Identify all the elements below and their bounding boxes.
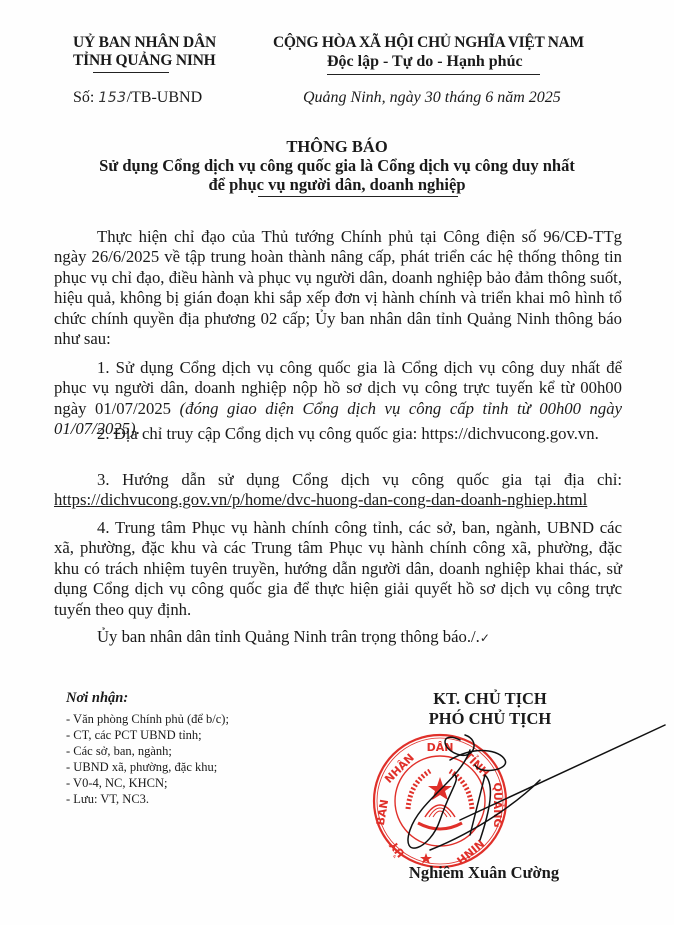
national-title: CỘNG HÒA XÃ HỘI CHỦ NGHĨA VIỆT NAM [273,34,584,52]
recipient-item: - UBND xã, phường, đặc khu; [66,760,217,775]
date-day: 30 [425,89,441,106]
title-underline [258,196,458,197]
document-type-title: THÔNG BÁO [0,137,674,157]
date-year-label: năm [493,89,529,106]
intro-paragraph: Thực hiện chỉ đạo của Thủ tướng Chính ph… [54,227,622,349]
item-3-paragraph: 3. Hướng dẫn sử dụng Cổng dịch vụ công q… [54,470,622,511]
recipient-item: - CT, các PCT UBND tỉnh; [66,728,202,743]
svg-text:BAN: BAN [374,798,391,826]
doc-number-suffix: /TB-UBND [127,89,203,106]
recipient-item: - Các sở, ban, ngành; [66,744,172,759]
closing-text: Ủy ban nhân dân tỉnh Quảng Ninh trân trọ… [97,627,480,646]
motto-underline [327,74,540,75]
handwritten-signature-icon [400,720,674,870]
item-4-paragraph: 4. Trung tâm Phục vụ hành chính công tỉn… [54,518,622,620]
signing-authority-line1: KT. CHỦ TỊCH [0,689,674,709]
date-month-label: tháng [441,89,485,106]
date-year: 2025 [529,89,561,106]
document-number: Số: 153/TB-UBND [73,89,202,107]
guide-link[interactable]: https://dichvucong.gov.vn/p/home/dvc-huo… [54,490,622,510]
item-3-text: 3. Hướng dẫn sử dụng Cổng dịch vụ công q… [54,470,622,490]
doc-number-prefix: Số: [73,89,94,106]
document-subject-line1: Sử dụng Cổng dịch vụ công quốc gia là Cổ… [0,156,674,176]
doc-number-value: 153 [98,90,126,106]
place-date-prefix: Quảng Ninh, ngày [303,89,425,106]
national-motto: Độc lập - Tự do - Hạnh phúc [327,53,523,71]
recipient-item: - V0-4, NC, KHCN; [66,776,168,791]
issuing-organization-line2: TỈNH QUẢNG NINH [73,52,216,70]
recipient-item: - Lưu: VT, NC3. [66,792,149,807]
signer-name: Nghiêm Xuân Cường [0,863,674,883]
place-and-date: Quảng Ninh, ngày 30 tháng 6 năm 2025 [303,89,561,107]
item-2-paragraph: 2. Địa chỉ truy cập Cổng dịch vụ công qu… [54,424,622,444]
document-subject-line2: để phục vụ người dân, doanh nghiệp [0,175,674,195]
initial-mark-icon: ✓ [480,631,490,645]
organization-underline [93,72,169,73]
issuing-organization-line1: UỶ BAN NHÂN DÂN [73,34,216,52]
closing-statement: Ủy ban nhân dân tỉnh Quảng Ninh trân trọ… [54,627,622,648]
